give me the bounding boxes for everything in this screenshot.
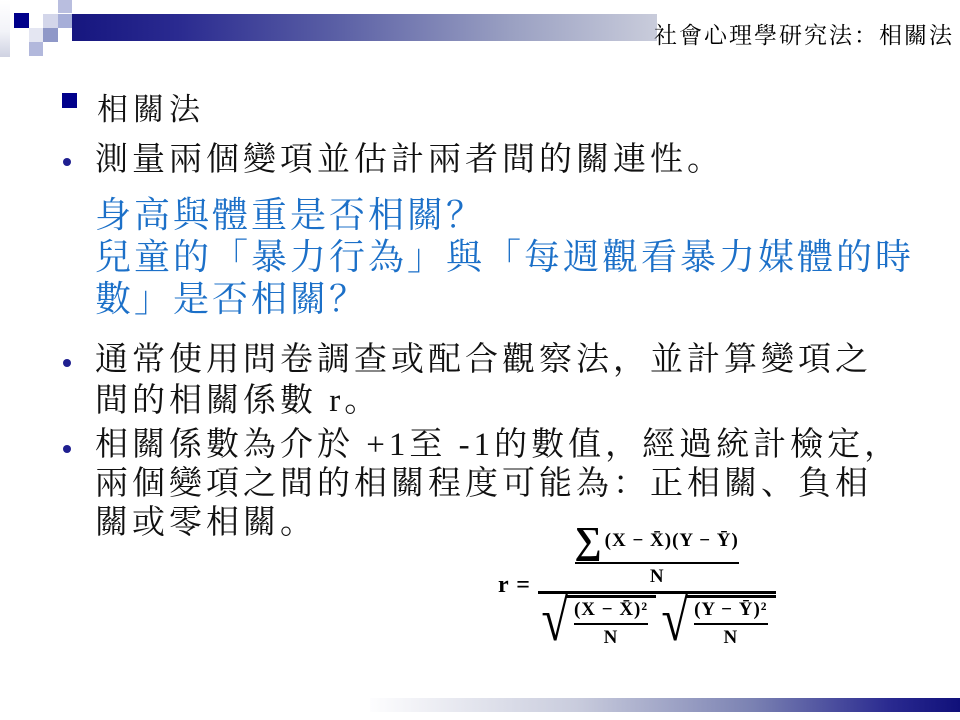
blue-example-line: 數」是否相關？ [95,278,914,320]
bullet-2-line: 測量兩個變項並估計兩者間的關連性。 [95,140,724,181]
sqrt-term-x: √ (X − X̄)² N [538,595,656,649]
fraction-bar [574,623,648,625]
blue-example-block: 身高與體重是否相關？ 兒童的「暴力行為」與「每週觀看暴力媒體的時 數」是否相關？ [95,194,914,320]
deco-square [43,28,58,42]
dot-bullet-icon [63,445,71,453]
sqrt-y-denominator: N [723,627,738,649]
radical-icon: √ [541,595,568,646]
formula-numerator-denominator: N [650,566,664,588]
sqrt-x-denominator: N [604,627,619,649]
deco-square [58,14,72,28]
bullet-3-line: 通常使用問卷調查或配合觀察法，並計算變項之 [95,340,872,381]
deco-square [58,0,72,13]
slide-title: 社會心理學研究法：相關法 [654,17,954,50]
square-bullet-icon [62,93,77,108]
fraction-bar [575,562,739,564]
bullet-2-paragraph: 測量兩個變項並估計兩者間的關連性。 [95,140,724,181]
bullet-4-line: 相關係數為介於 +1至 -1的數值，經過統計檢定， [95,426,901,465]
formula-numerator-fraction: ∑ (X − X̄)(Y − Ȳ) N [561,522,753,588]
footer-gradient-bar [370,698,960,712]
formula-denominator: √ (X − X̄)² N √ (Y − Ȳ)² N [538,595,776,649]
bullet-3-line: 間的相關係數 r。 [95,381,872,422]
sqrt-term-y: √ (Y − Ȳ)² N [658,595,775,649]
slide: 社會心理學研究法：相關法 相關法 測量兩個變項並估計兩者間的關連性。 身高與體重… [0,0,960,720]
header-gradient-bar [72,14,657,41]
bullet-1-heading: 相關法 [97,84,205,129]
correlation-formula: r = ∑ (X − X̄)(Y − Ȳ) N √ (X − X̄)² N [498,522,776,649]
formula-lhs: r = [498,572,531,599]
formula-sum-term: ∑ (X − X̄)(Y − Ȳ) [575,522,739,560]
radical-icon: √ [661,595,688,646]
dot-bullet-icon [63,359,71,367]
deco-square [29,42,43,56]
sqrt-y-numerator: (Y − Ȳ)² [694,599,767,621]
deco-square [29,28,43,42]
sqrt-y-fraction: (Y − Ȳ)² N [686,595,775,649]
bullet-4-line: 兩個變項之間的相關程度可能為：正相關、負相 [95,465,901,504]
formula-product-term: (X − X̄)(Y − Ȳ) [605,530,739,552]
left-gradient-strip [0,0,10,57]
fraction-bar [694,623,767,625]
deco-square [43,14,58,28]
sqrt-x-fraction: (X − X̄)² N [566,595,656,649]
main-fraction-bar [538,591,776,594]
deco-square-navy [14,13,29,28]
dot-bullet-icon [63,158,71,166]
bullet-3-paragraph: 通常使用問卷調查或配合觀察法，並計算變項之 間的相關係數 r。 [95,340,872,422]
blue-example-line: 兒童的「暴力行為」與「每週觀看暴力媒體的時 [95,236,914,278]
formula-main-fraction: ∑ (X − X̄)(Y − Ȳ) N √ (X − X̄)² N √ [538,522,776,649]
sigma-symbol: ∑ [575,522,603,560]
blue-example-line: 身高與體重是否相關？ [95,194,914,236]
sqrt-x-numerator: (X − X̄)² [574,599,648,621]
